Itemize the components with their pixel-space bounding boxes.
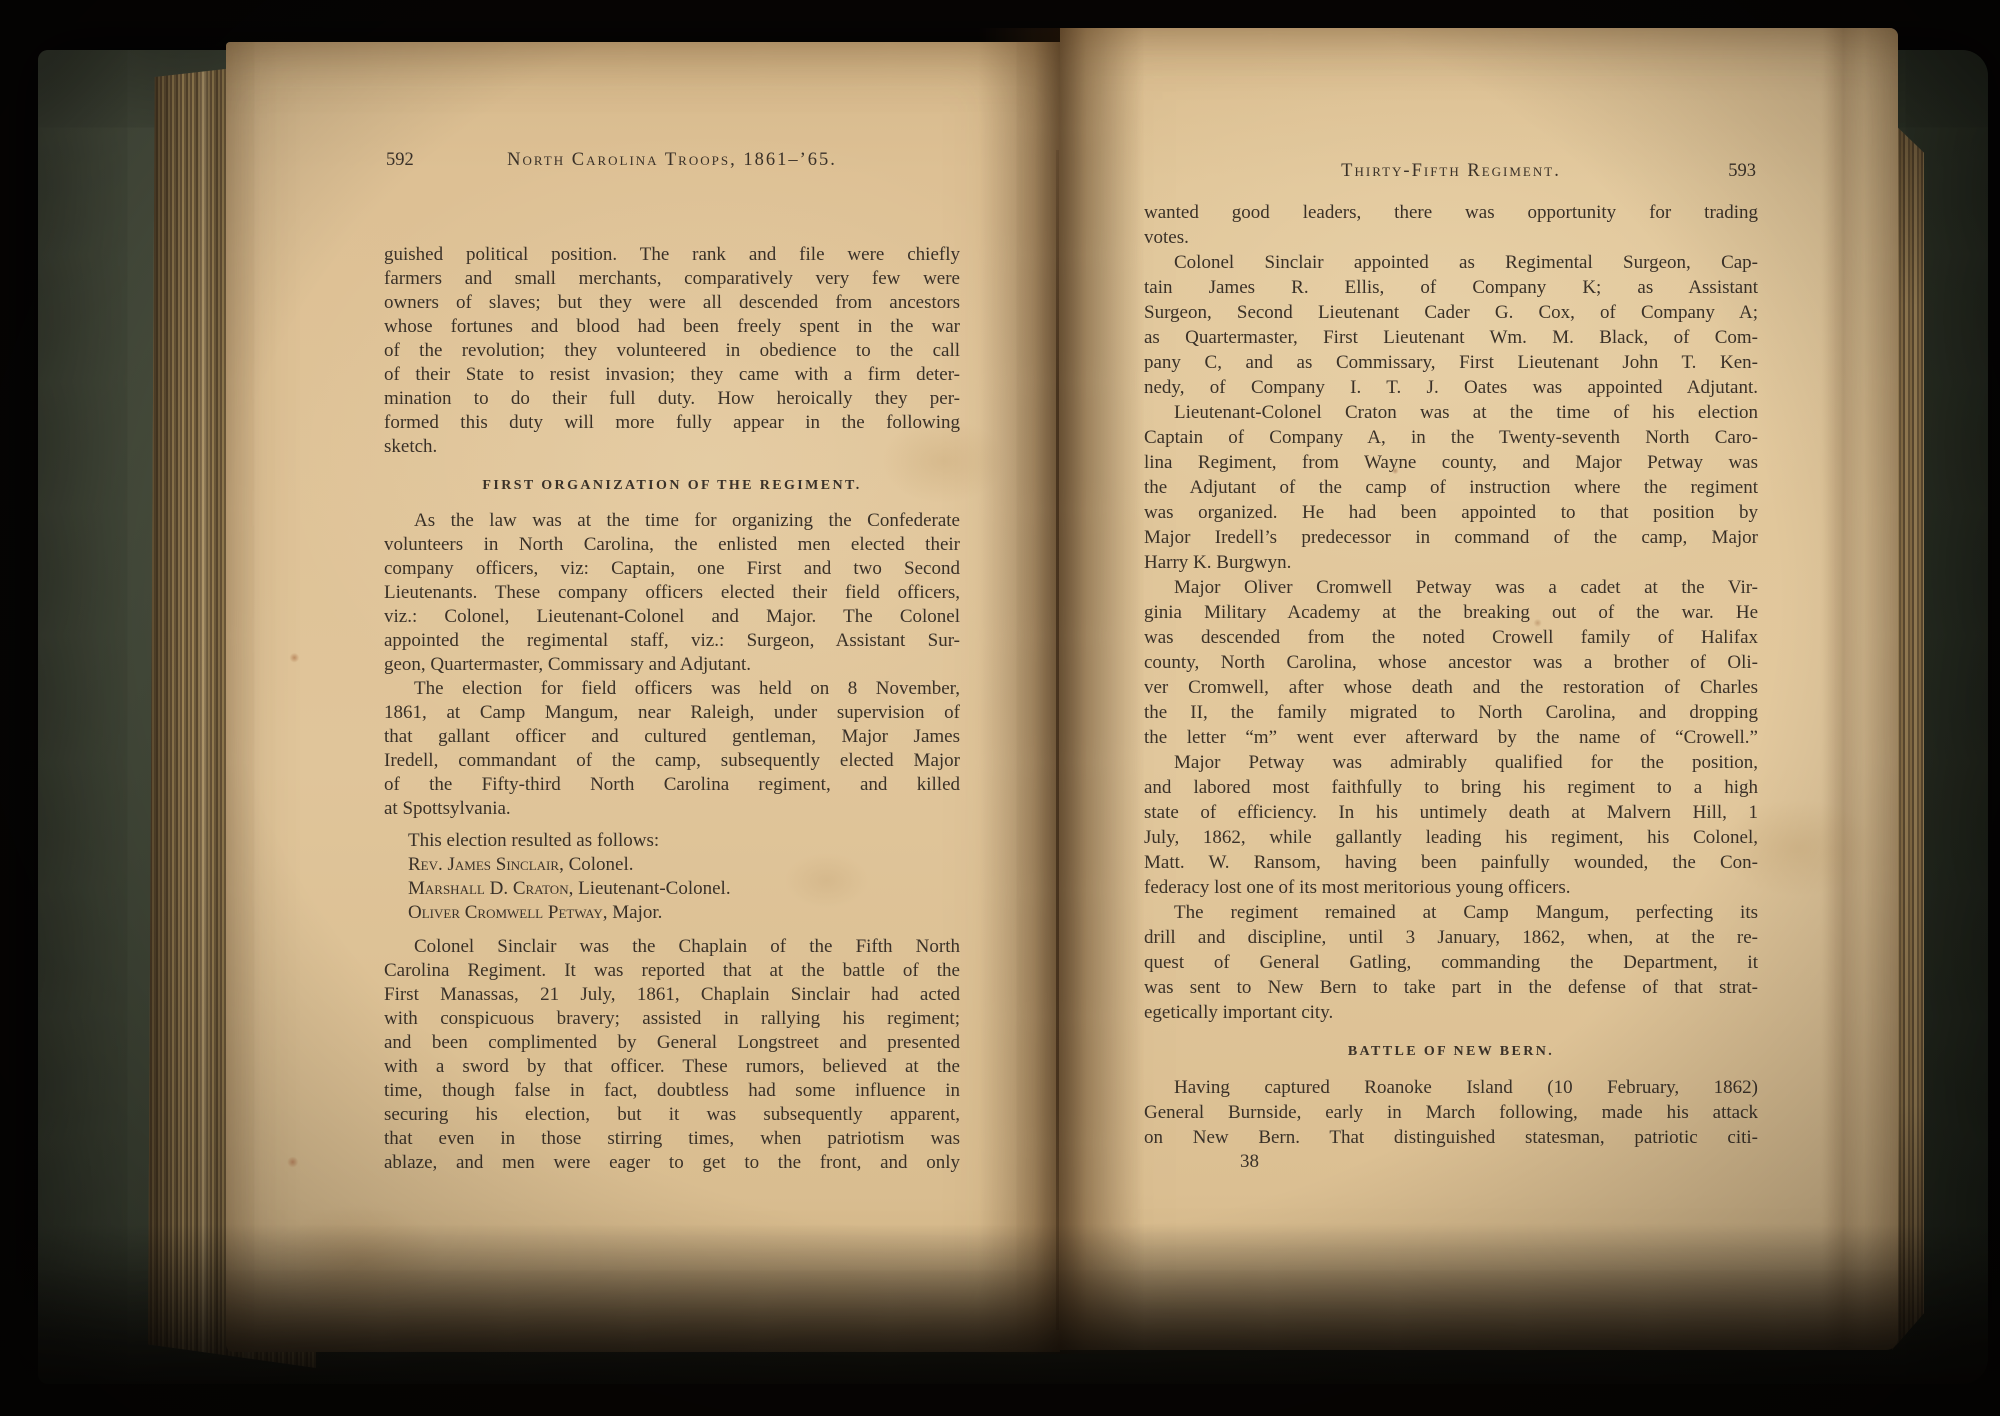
paragraph: The regiment remained at Camp Mangum, pe… (1144, 900, 1758, 1025)
text-line: As the law was at the time for organizin… (384, 509, 960, 533)
text-line: drill and discipline, until 3 January, 1… (1144, 925, 1758, 950)
text-line: votes. (1144, 225, 1758, 250)
page-number: 592 (386, 147, 414, 173)
text-line: The regiment remained at Camp Mangum, pe… (1144, 900, 1758, 925)
text-line: with a sword by that officer. These rumo… (384, 1055, 960, 1079)
text-line: pany C, and as Commissary, First Lieuten… (1144, 350, 1758, 375)
text-line: Major Oliver Cromwell Petway was a cadet… (1144, 575, 1758, 600)
text-line: viz.: Colonel, Lieutenant-Colonel and Ma… (384, 605, 960, 629)
text-line: was sent to New Bern to take part in the… (1144, 975, 1758, 1000)
text-line: Captain of Company A, in the Twenty-seve… (1144, 425, 1758, 450)
left-page: 592 North Carolina Troops, 1861–’65. gui… (226, 42, 1060, 1352)
text-line: egetically important city. (1144, 1000, 1758, 1025)
text-line: ver Cromwell, after whose death and the … (1144, 675, 1758, 700)
text-line: the II, the family migrated to North Car… (1144, 700, 1758, 725)
paragraph: Colonel Sinclair appointed as Regimental… (1144, 250, 1758, 400)
text-line: July, 1862, while gallantly leading his … (1144, 825, 1758, 850)
text-line: Colonel Sinclair appointed as Regimental… (1144, 250, 1758, 275)
text-line: on New Bern. That distinguished statesma… (1144, 1125, 1758, 1150)
text-line: company officers, viz: Captain, one Firs… (384, 557, 960, 581)
paragraph: guished political position. The rank and… (384, 243, 960, 459)
text-line: quest of General Gatling, commanding the… (1144, 950, 1758, 975)
text-line: the letter “m” went ever afterward by th… (1144, 725, 1758, 750)
text-line: whose fortunes and blood had been freely… (384, 315, 960, 339)
text-line: and been complimented by General Longstr… (384, 1031, 960, 1055)
officer-name: Rev. James Sinclair (408, 854, 559, 875)
page-body: guished political position. The rank and… (384, 243, 960, 1175)
text-line: was organized. He had been appointed to … (1144, 500, 1758, 525)
text-line: This election resulted as follows: (408, 829, 960, 853)
text-line: Oliver Cromwell Petway, Major. (408, 901, 960, 925)
text-line: lina Regiment, from Wayne county, and Ma… (1144, 450, 1758, 475)
text-line: Marshall D. Craton, Lieutenant-Colonel. (408, 877, 960, 901)
running-title: Thirty-Fifth Regiment. (1341, 161, 1561, 181)
paragraph: Major Petway was admirably qualified for… (1144, 750, 1758, 900)
right-page: Thirty-Fifth Regiment. 593 wanted good l… (1060, 28, 1898, 1350)
right-text-column: Thirty-Fifth Regiment. 593 wanted good l… (1144, 158, 1758, 1173)
text-line: and labored most faithfully to bring his… (1144, 775, 1758, 800)
text-line: ginia Military Academy at the breaking o… (1144, 600, 1758, 625)
paragraph: Colonel Sinclair was the Chaplain of the… (384, 935, 960, 1175)
text-line: farmers and small merchants, comparative… (384, 267, 960, 291)
text-line: Surgeon, Second Lieutenant Cader G. Cox,… (1144, 300, 1758, 325)
paragraph: Having captured Roanoke Island (10 Febru… (1144, 1075, 1758, 1150)
section-heading: BATTLE OF NEW BERN. (1144, 1041, 1758, 1063)
text-line: at Spottsylvania. (384, 797, 960, 821)
text-line: Colonel Sinclair was the Chaplain of the… (384, 935, 960, 959)
text-line: Matt. W. Ransom, having been painfully w… (1144, 850, 1758, 875)
text-line: mination to do their full duty. How hero… (384, 387, 960, 411)
section-heading: FIRST ORGANIZATION OF THE REGIMENT. (384, 475, 960, 497)
text-line: sketch. (384, 435, 960, 459)
text-line: as Quartermaster, First Lieutenant Wm. M… (1144, 325, 1758, 350)
text-line: time, though false in fact, doubtless ha… (384, 1079, 960, 1103)
text-line: was descended from the noted Crowell fam… (1144, 625, 1758, 650)
text-line: that gallant officer and cultured gentle… (384, 725, 960, 749)
paragraph: Lieutenant-Colonel Craton was at the tim… (1144, 400, 1758, 575)
text-line: wanted good leaders, there was opportuni… (1144, 200, 1758, 225)
text-line: of the revolution; they volunteered in o… (384, 339, 960, 363)
text-line: owners of slaves; but they were all desc… (384, 291, 960, 315)
left-text-column: 592 North Carolina Troops, 1861–’65. gui… (384, 147, 960, 1175)
paragraph: As the law was at the time for organizin… (384, 509, 960, 677)
paragraph: The election for field officers was held… (384, 677, 960, 821)
text-line: geon, Quartermaster, Commissary and Adju… (384, 653, 960, 677)
running-title: North Carolina Troops, 1861–’65. (507, 150, 837, 170)
text-line: Major Iredell’s predecessor in command o… (1144, 525, 1758, 550)
text-line: Having captured Roanoke Island (10 Febru… (1144, 1075, 1758, 1100)
text-line: federacy lost one of its most meritoriou… (1144, 875, 1758, 900)
officer-name: Marshall D. Craton (408, 878, 569, 899)
text-line: General Burnside, early in March followi… (1144, 1100, 1758, 1125)
text-line: securing his election, but it was subseq… (384, 1103, 960, 1127)
text-line: The election for field officers was held… (384, 677, 960, 701)
paragraph: Major Oliver Cromwell Petway was a cadet… (1144, 575, 1758, 750)
running-header: 592 North Carolina Troops, 1861–’65. (384, 147, 960, 173)
text-line: formed this duty will more fully appear … (384, 411, 960, 435)
text-line: Iredell, commandant of the camp, subsequ… (384, 749, 960, 773)
text-line: that even in those stirring times, when … (384, 1127, 960, 1151)
text-line: guished political position. The rank and… (384, 243, 960, 267)
officer-name: Oliver Cromwell Petway (408, 902, 603, 923)
text-line: Lieutenants. These company officers elec… (384, 581, 960, 605)
text-line: with conspicuous bravery; assisted in ra… (384, 1007, 960, 1031)
page-body: wanted good leaders, there was opportuni… (1144, 200, 1758, 1150)
text-line: nedy, of Company I. T. J. Oates was appo… (1144, 375, 1758, 400)
text-line: of their State to resist invasion; they … (384, 363, 960, 387)
text-line: of the Fifty-third North Carolina regime… (384, 773, 960, 797)
text-line: state of efficiency. In his untimely dea… (1144, 800, 1758, 825)
paragraph: wanted good leaders, there was opportuni… (1144, 200, 1758, 250)
text-line: Major Petway was admirably qualified for… (1144, 750, 1758, 775)
text-line: First Manassas, 21 July, 1861, Chaplain … (384, 983, 960, 1007)
text-line: volunteers in North Carolina, the enlist… (384, 533, 960, 557)
text-line: Lieutenant-Colonel Craton was at the tim… (1144, 400, 1758, 425)
page-number: 593 (1728, 158, 1756, 184)
text-line: tain James R. Ellis, of Company K; as As… (1144, 275, 1758, 300)
text-line: Carolina Regiment. It was reported that … (384, 959, 960, 983)
election-result-list: This election resulted as follows:Rev. J… (384, 829, 960, 925)
text-line: 1861, at Camp Mangum, near Raleigh, unde… (384, 701, 960, 725)
running-header: Thirty-Fifth Regiment. 593 (1144, 158, 1758, 184)
signature-mark: 38 (1144, 1151, 1758, 1173)
text-line: appointed the regimental staff, viz.: Su… (384, 629, 960, 653)
text-line: the Adjutant of the camp of instruction … (1144, 475, 1758, 500)
text-line: county, North Carolina, whose ancestor w… (1144, 650, 1758, 675)
text-line: Rev. James Sinclair, Colonel. (408, 853, 960, 877)
text-line: ablaze, and men were eager to get to the… (384, 1151, 960, 1175)
text-line: Harry K. Burgwyn. (1144, 550, 1758, 575)
